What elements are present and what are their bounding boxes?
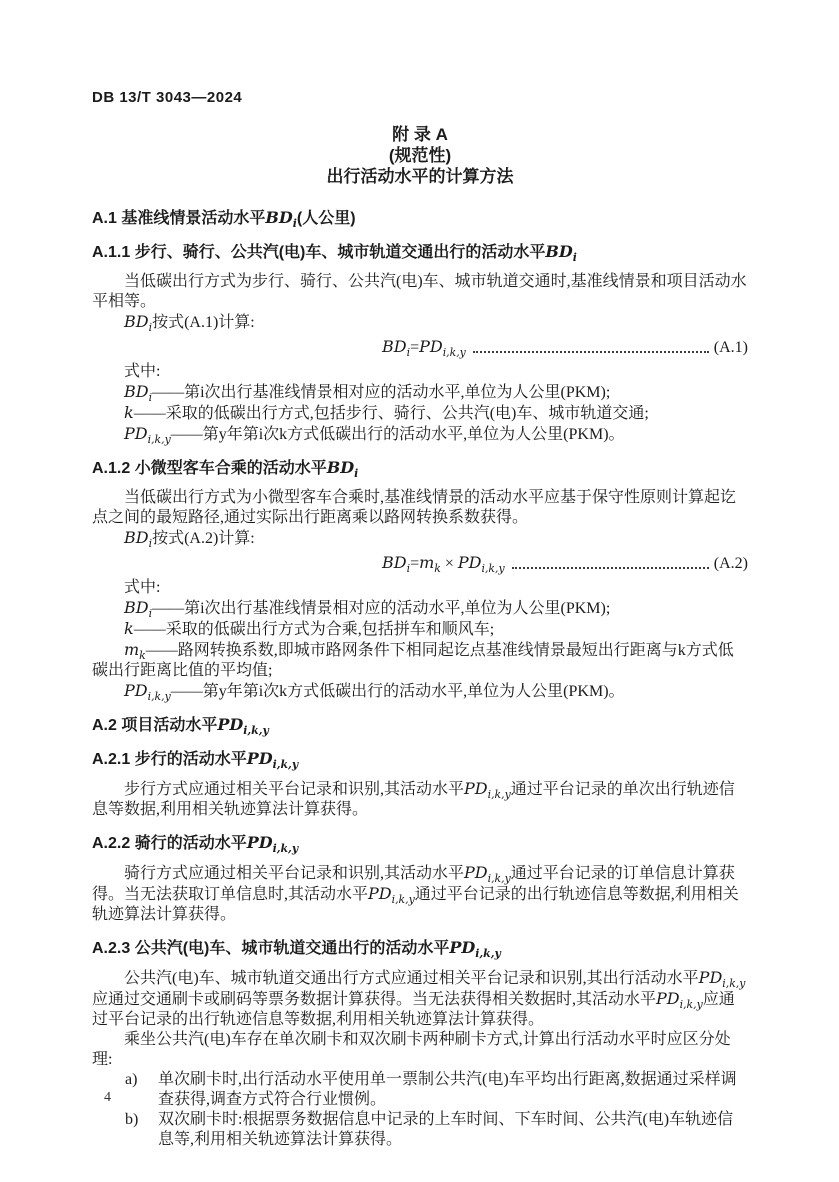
- paragraph: BDi按式(A.1)计算:: [92, 312, 748, 333]
- formula-a1-expression: BDi=PDi,k,y: [382, 336, 466, 358]
- heading-a2: A.2 项目活动水平PDi,k,y: [92, 714, 748, 736]
- heading-a2-3: A.2.3 公共汽(电)车、城市轨道交通出行的活动水平PDi,k,y: [92, 937, 748, 959]
- doc-number: DB 13/T 3043—2024: [92, 88, 748, 108]
- paragraph: 骑行方式应通过相关平台记录和识别,其活动水平PDi,k,y通过平台记录的订单信息…: [92, 863, 748, 925]
- definition-item: PDi,k,y——第y年第i次k方式低碳出行的活动水平,单位为人公里(PKM)。: [92, 424, 748, 445]
- appendix-title-line3: 出行活动水平的计算方法: [92, 166, 748, 187]
- page-number: 4: [104, 1088, 111, 1108]
- paragraph: BDi按式(A.2)计算:: [92, 528, 748, 549]
- dot-leader: [473, 351, 709, 353]
- formula-a1-label: (A.1): [714, 337, 748, 358]
- paragraph: 当低碳出行方式为步行、骑行、公共汽(电)车、城市轨道交通时,基准线情景和项目活动…: [92, 272, 748, 312]
- heading-a2-2: A.2.2 骑行的活动水平PDi,k,y: [92, 832, 748, 854]
- paragraph: 乘坐公共汽(电)车存在单次刷卡和双次刷卡两种刷卡方式,计算出行活动水平时应区分处…: [92, 1030, 748, 1070]
- list-marker: b): [125, 1110, 158, 1150]
- definition-item: PDi,k,y——第y年第i次k方式低碳出行的活动水平,单位为人公里(PKM)。: [92, 681, 748, 702]
- document-page: DB 13/T 3043—2024 附 录 A (规范性) 出行活动水平的计算方…: [0, 0, 839, 1182]
- paragraph: 公共汽(电)车、城市轨道交通出行方式应通过相关平台记录和识别,其出行活动水平PD…: [92, 968, 748, 1030]
- definition-item: mk——路网转换系数,即城市路网条件下相同起讫点基准线情景最短出行距离与k方式低…: [92, 640, 748, 681]
- where-label: 式中:: [92, 578, 748, 598]
- heading-a2-1: A.2.1 步行的活动水平PDi,k,y: [92, 748, 748, 770]
- heading-a1-2: A.1.2 小微型客车合乘的活动水平BDi: [92, 457, 748, 479]
- definition-item: k——采取的低碳出行方式为合乘,包括拼车和顺风车;: [92, 619, 748, 640]
- formula-a2: BDi=mk × PDi,k,y (A.2): [92, 552, 748, 574]
- formula-a2-label: (A.2): [714, 553, 748, 574]
- list-text: 双次刷卡时:根据票务数据信息中记录的上车时间、下车时间、公共汽(电)车轨迹信息等…: [158, 1110, 748, 1150]
- list-marker: a): [125, 1070, 158, 1110]
- formula-a1: BDi=PDi,k,y (A.1): [92, 336, 748, 358]
- formula-a2-expression: BDi=mk × PDi,k,y: [382, 552, 505, 574]
- paragraph: 步行方式应通过相关平台记录和识别,其活动水平PDi,k,y通过平台记录的单次出行…: [92, 779, 748, 820]
- where-label: 式中:: [92, 362, 748, 382]
- definition-item: BDi——第i次出行基准线情景相对应的活动水平,单位为人公里(PKM);: [92, 598, 748, 619]
- appendix-title-line1: 附 录 A: [92, 124, 748, 145]
- heading-a1: A.1 基准线情景活动水平BDi(人公里): [92, 207, 748, 229]
- definition-item: k——采取的低碳出行方式,包括步行、骑行、公共汽(电)车、城市轨道交通;: [92, 403, 748, 424]
- paragraph: 当低碳出行方式为小微型客车合乘时,基准线情景的活动水平应基于保守性原则计算起讫点…: [92, 488, 748, 528]
- definition-item: BDi——第i次出行基准线情景相对应的活动水平,单位为人公里(PKM);: [92, 382, 748, 403]
- heading-a1-1: A.1.1 步行、骑行、公共汽(电)车、城市轨道交通出行的活动水平BDi: [92, 241, 748, 263]
- list-item-a: a) 单次刷卡时,出行活动水平使用单一票制公共汽(电)车平均出行距离,数据通过采…: [92, 1070, 748, 1110]
- dot-leader: [512, 567, 709, 569]
- list-item-b: b) 双次刷卡时:根据票务数据信息中记录的上车时间、下车时间、公共汽(电)车轨迹…: [92, 1110, 748, 1150]
- appendix-title-line2: (规范性): [92, 145, 748, 166]
- list-text: 单次刷卡时,出行活动水平使用单一票制公共汽(电)车平均出行距离,数据通过采样调查…: [158, 1070, 748, 1110]
- appendix-title: 附 录 A (规范性) 出行活动水平的计算方法: [92, 124, 748, 187]
